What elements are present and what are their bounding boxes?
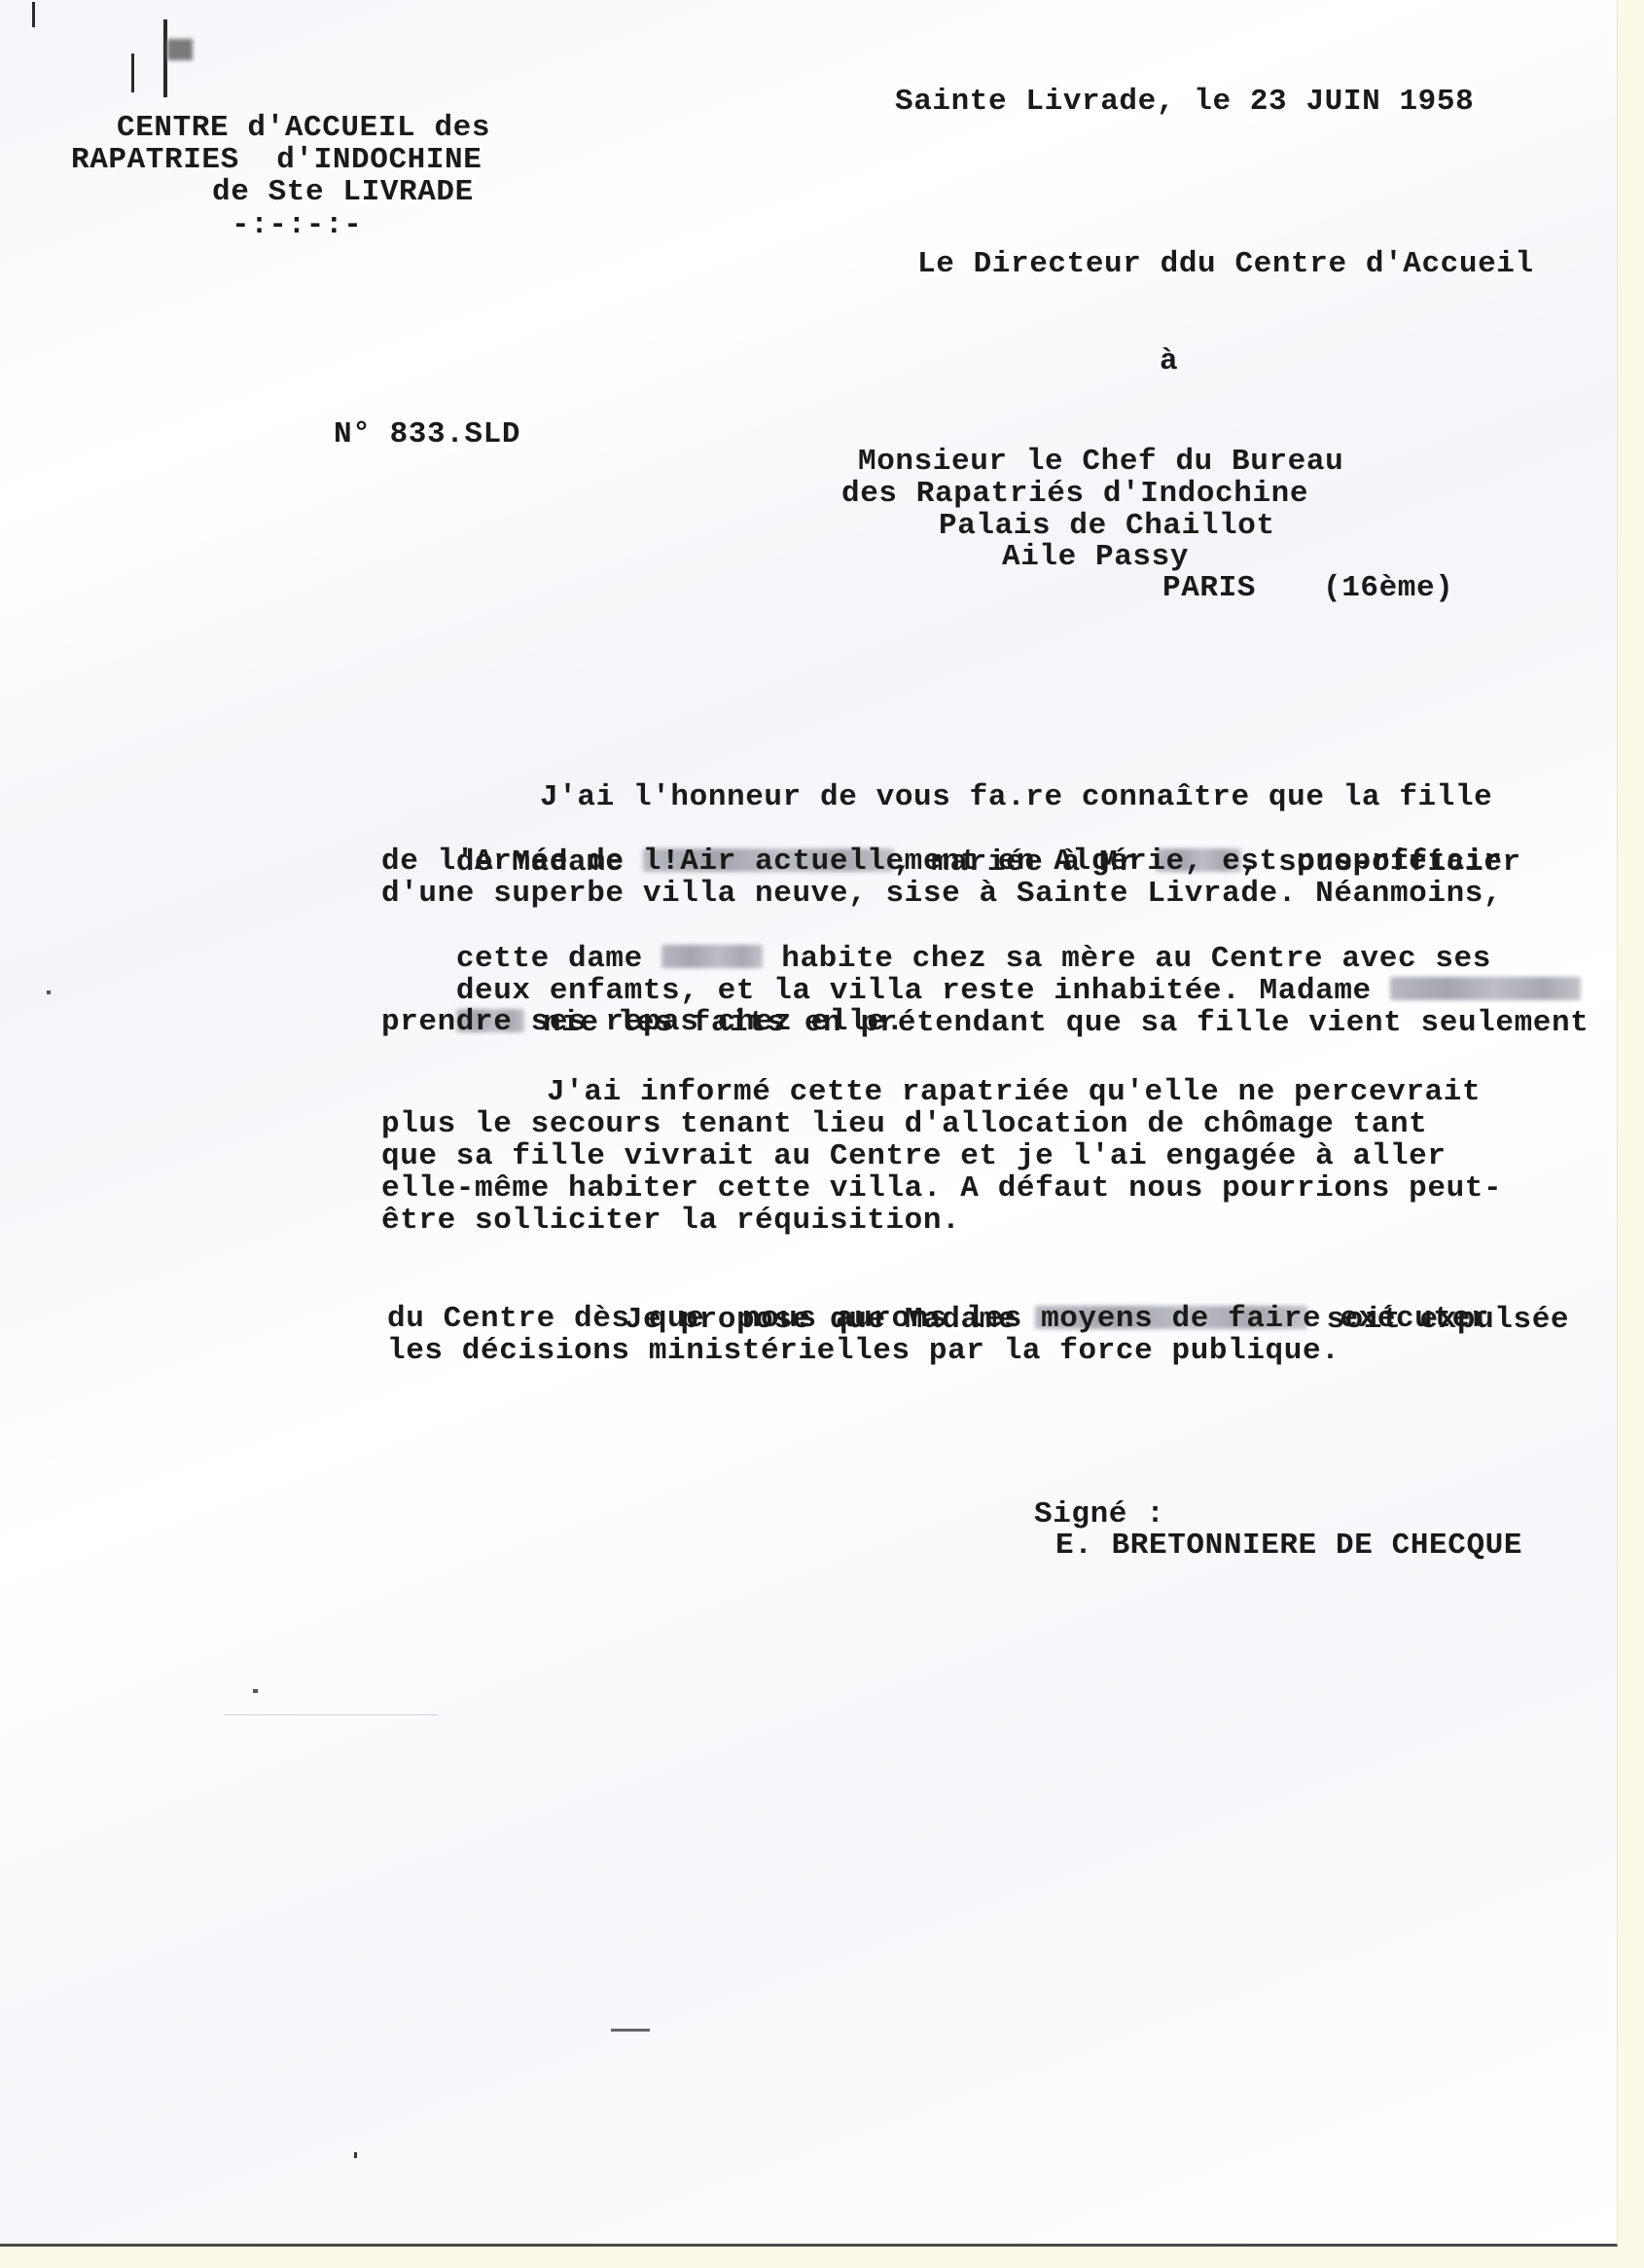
margin-mark <box>167 39 193 60</box>
stray-dot <box>253 1689 258 1693</box>
paragraph-2-line-3: que sa fille vivrait au Centre et je l'a… <box>381 1140 1447 1173</box>
stray-dot <box>354 2152 357 2158</box>
letterhead-line-1: CENTRE d'ACCUEIL des <box>117 112 490 145</box>
recipient-line-2: des Rapatriés d'Indochine <box>841 478 1308 511</box>
stray-dash <box>611 2029 650 2032</box>
paragraph-3-line-3: les décisions ministérielles par la forc… <box>387 1335 1340 1368</box>
paragraph-1-line-1: J'ai l'honneur de vous fa.re connaître q… <box>540 781 1492 814</box>
recipient-line-4: Aile Passy <box>1002 541 1189 574</box>
recipient-line-1: Monsieur le Chef du Bureau <box>858 446 1343 479</box>
paragraph-2-line-5: être solliciter la réquisition. <box>381 1205 960 1238</box>
paragraph-1-line-8: prendre ses repas chez elle. <box>381 1006 905 1039</box>
recipient-city: PARIS <box>1162 572 1256 605</box>
fold-line <box>224 1714 438 1715</box>
signature-label: Signé : <box>1034 1498 1164 1531</box>
letterhead-line-2: RAPATRIES d'INDOCHINE <box>71 144 482 177</box>
margin-mark <box>131 54 134 92</box>
recipient-district: (16ème) <box>1323 572 1453 605</box>
sender-line: Le Directeur ddu Centre d'Accueil <box>917 248 1534 281</box>
letterhead-line-3: de Ste LIVRADE <box>212 176 474 209</box>
date-line: Sainte Livrade, le 23 JUIN 1958 <box>895 86 1474 119</box>
reference-number: N° 833.SLD <box>334 418 520 451</box>
paragraph-1-line-3: de l'Armée de l!Air actuellement en Algé… <box>381 846 1502 879</box>
margin-mark <box>32 2 35 27</box>
paragraph-2-line-2: plus le secours tenant lieu d'allocation… <box>381 1108 1427 1141</box>
letterhead-divider: -:-:-:- <box>232 209 362 242</box>
paragraph-2-line-4: elle-même habiter cette villa. A défaut … <box>381 1172 1502 1206</box>
stray-dot <box>47 990 51 994</box>
to-marker: à <box>1160 345 1178 378</box>
paragraph-2-line-1: J'ai informé cette rapatriée qu'elle ne … <box>547 1076 1481 1109</box>
recipient-line-3: Palais de Chaillot <box>939 510 1275 543</box>
paragraph-1-line-4: d'une superbe villa neuve, sise à Sainte… <box>381 878 1502 911</box>
signature-name: E. BRETONNIERE DE CHECQUE <box>1055 1530 1522 1563</box>
letter-page: CENTRE d'ACCUEIL des RAPATRIES d'INDOCHI… <box>0 0 1618 2247</box>
paragraph-3-line-2: du Centre dès que nous aurons les moyens… <box>387 1303 1489 1336</box>
